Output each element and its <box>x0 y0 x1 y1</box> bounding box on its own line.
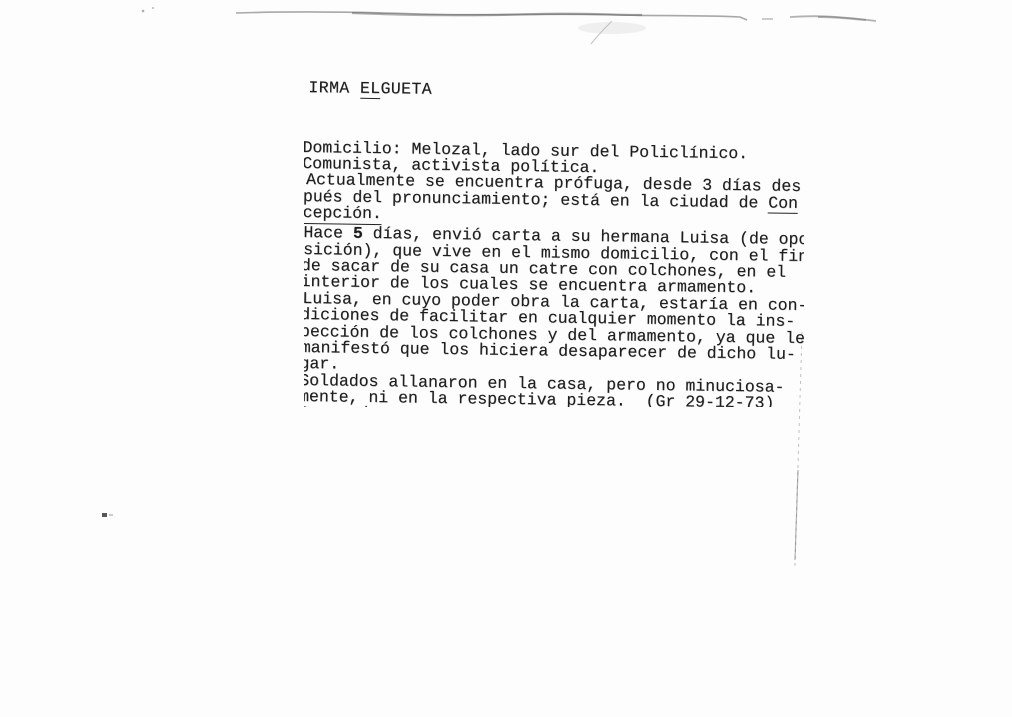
text-segment: IRMA <box>308 78 360 98</box>
typewritten-text-region: IRMA ELGUETA Domicilio: Melozal, lado su… <box>304 45 804 407</box>
paper-right-edge-dark <box>795 470 798 560</box>
smudge <box>578 22 646 34</box>
paper-top-edge-dark <box>352 13 642 15</box>
underlined-text: cepción. <box>304 203 382 225</box>
underlined-text: EL <box>360 78 381 99</box>
ink-speck-topleft2 <box>152 7 154 9</box>
document-body-lines: Domicilio: Melozal, lado sur del Policlí… <box>304 140 803 407</box>
crease-mark <box>591 21 612 44</box>
typewritten-text-block: IRMA ELGUETA Domicilio: Melozal, lado su… <box>304 45 804 407</box>
ink-speck-light <box>109 514 113 516</box>
paper-top-edge-right <box>790 16 876 21</box>
document-title: IRMA ELGUETA <box>304 80 803 103</box>
ink-speck <box>102 513 107 517</box>
ink-speck-topleft <box>142 10 145 13</box>
paper-top-edge-right-dark <box>818 17 866 20</box>
scanned-document-page: { "document": { "title_segments": [ {"t"… <box>0 0 1012 717</box>
underlined-text: Con <box>768 193 798 214</box>
text-segment: GUETA <box>380 79 432 99</box>
paper-top-edge <box>236 12 747 20</box>
